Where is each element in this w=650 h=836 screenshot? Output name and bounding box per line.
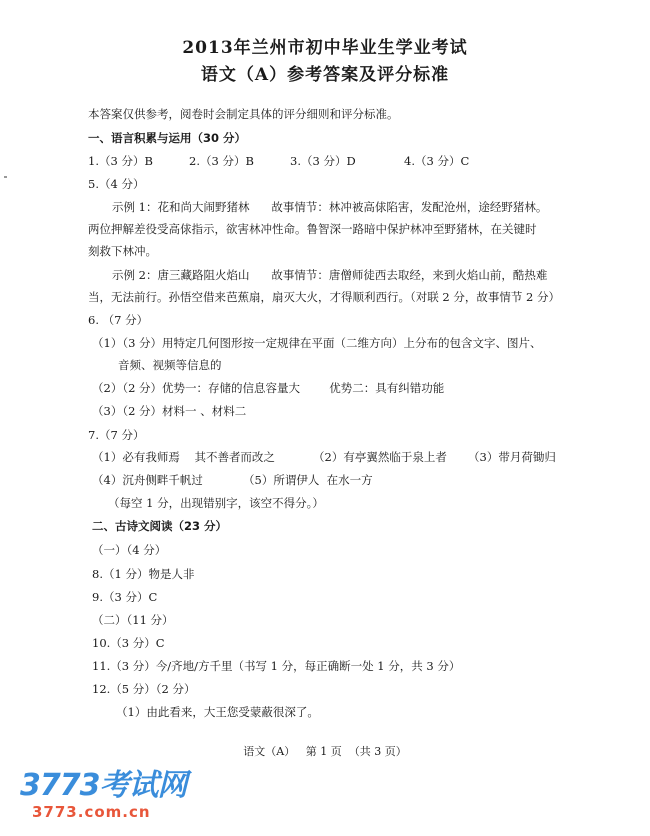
q6-sub1-line2: 音频、视频等信息的 xyxy=(118,358,222,372)
section2-heading: 二、古诗文阅读（23 分） xyxy=(92,519,227,533)
q5-example2-line2: 当，无法前行。孙悟空借来芭蕉扇，扇灭大火，才得顺利西行。（对联 2 分，故事情节… xyxy=(88,290,560,304)
page-footer: 语文（A） 第 1 页 （共 3 页） xyxy=(0,743,650,759)
answer-q10: 10.（3 分）C xyxy=(92,636,165,650)
answer-q4: 4.（3 分）C xyxy=(404,154,469,168)
q7-answer-5: （5）所谓伊人 在水一方 xyxy=(243,473,373,487)
answer-q8: 8.（1 分）物是人非 xyxy=(92,567,194,581)
answer-q12: 12.（5 分）（2 分） xyxy=(92,682,195,696)
q7-answer-2: （2）有亭翼然临于泉上者 xyxy=(313,450,447,464)
answer-q11: 11.（3 分）今/齐地/方千里（书写 1 分，每正确断一处 1 分，共 3 分… xyxy=(92,659,460,673)
q7-answer-4: （4）沉舟侧畔千帆过 xyxy=(92,473,203,487)
section1-heading: 一、语言积累与运用（30 分） xyxy=(88,131,246,145)
document-subtitle: 语文（A）参考答案及评分标准 xyxy=(0,60,650,85)
q7-answer-3: （3）带月荷锄归 xyxy=(468,450,556,464)
intro-text: 本答案仅供参考，阅卷时会制定具体的评分细则和评分标准。 xyxy=(88,107,399,121)
q6-sub1-line1: （1）（3 分）用特定几何图形按一定规律在平面（二维方向）上分布的包含文字、图片… xyxy=(92,336,542,350)
answer-q1: 1.（3 分）B xyxy=(88,154,153,168)
scan-mark xyxy=(4,176,7,178)
answer-q12-1: （1）由此看来，大王您受蒙蔽很深了。 xyxy=(116,705,319,719)
q5-label: 5.（4 分） xyxy=(88,177,144,191)
q7-label: 7.（7 分） xyxy=(88,428,144,442)
part1-label: （一）（4 分） xyxy=(92,543,166,557)
q6-label: 6. （7 分） xyxy=(88,313,148,327)
answer-q3: 3.（3 分）D xyxy=(290,154,356,168)
q5-example2-line1: 示例 2：唐三藏路阻火焰山 故事情节：唐僧师徒西去取经，来到火焰山前，酷热难 xyxy=(112,268,547,282)
q7-note: （每空 1 分，出现错别字，该空不得分。） xyxy=(108,496,324,510)
document-title: 2013年兰州市初中毕业生学业考试 xyxy=(0,33,650,58)
watermark-logo-url: 3773.com.cn xyxy=(32,804,151,820)
q5-example1-line3: 刻救下林冲。 xyxy=(88,244,157,258)
q6-sub3: （3）（2 分）材料一 、材料二 xyxy=(92,404,246,418)
watermark-logo-text: 3773考试网 xyxy=(20,770,187,802)
part2-label: （二）（11 分） xyxy=(92,613,174,627)
q7-answer-1: （1）必有我师焉 其不善者而改之 xyxy=(92,450,275,464)
answer-q2: 2.（3 分）B xyxy=(189,154,254,168)
answer-q9: 9.（3 分）C xyxy=(92,590,157,604)
q5-example1-line2: 两位押解差役受高俅指示，欲害林冲性命。鲁智深一路暗中保护林冲至野猪林，在关键时 xyxy=(88,222,537,236)
q6-sub2: （2）（2 分）优势一：存储的信息容量大 优势二：具有纠错功能 xyxy=(92,381,444,395)
watermark-logo: 3773考试网 3773.com.cn xyxy=(20,770,200,830)
q5-example1-line1: 示例 1：花和尚大闹野猪林 故事情节：林冲被高俅陷害，发配沧州，途经野猪林。 xyxy=(112,200,547,214)
